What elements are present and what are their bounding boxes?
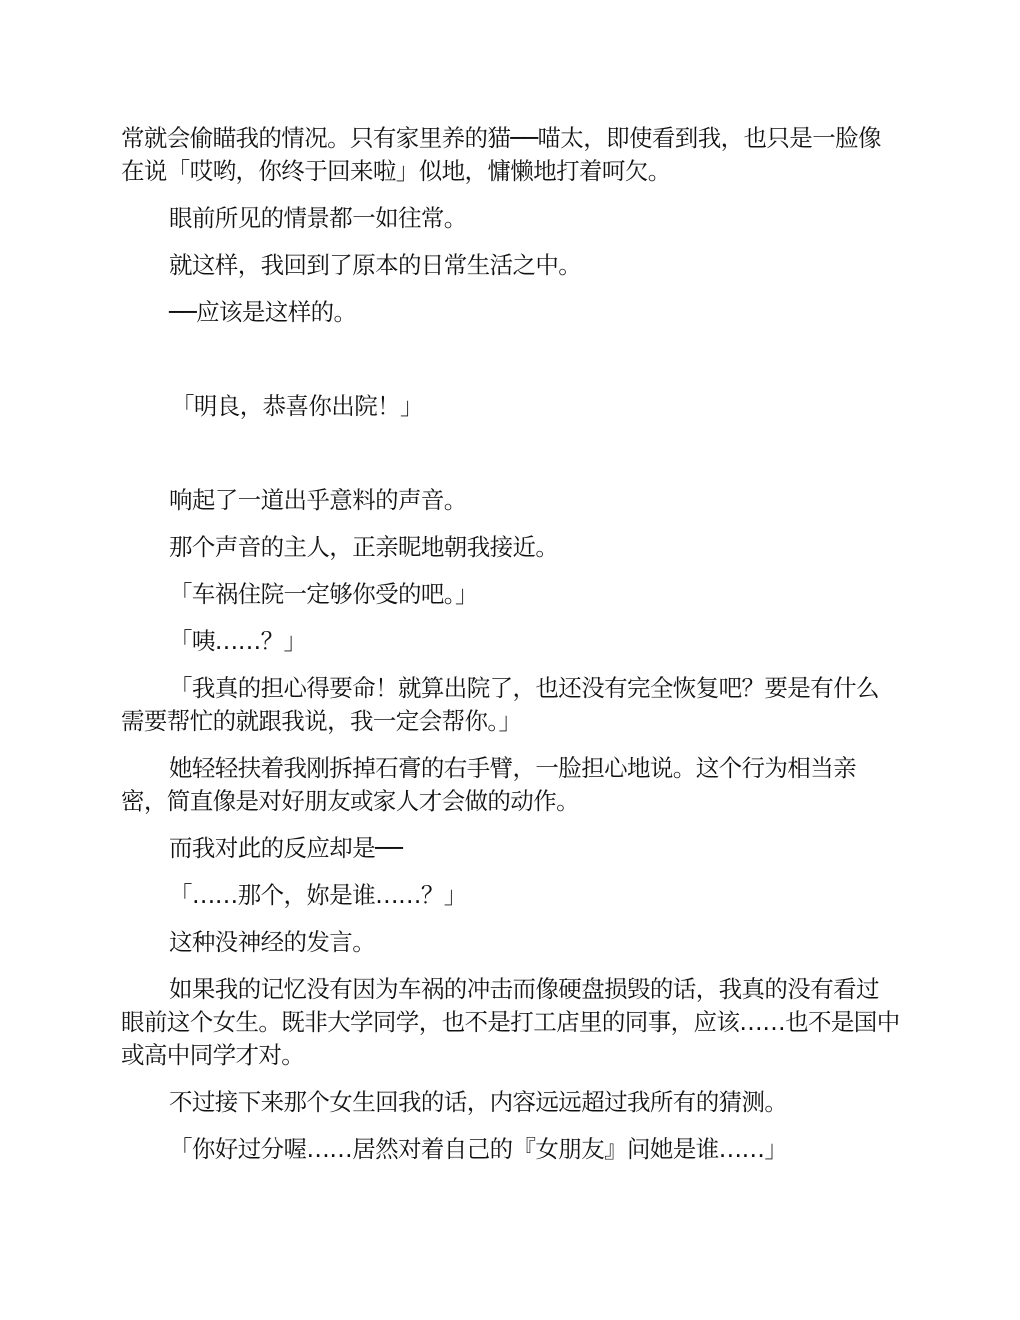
paragraph-unexpected-voice: 响起了一道出乎意料的声音。 [121,484,901,517]
paragraph-voice-owner: 那个声音的主人，正亲昵地朝我接近。 [121,531,901,564]
paragraph-her-reply: 不过接下来那个女生回我的话，内容远远超过我所有的猜测。 [121,1086,901,1119]
paragraph-tactless-remark: 这种没神经的发言。 [121,926,901,959]
paragraph-scene-normal: 眼前所见的情景都一如往常。 [121,202,901,235]
dialogue-who-are-you: 「……那个，妳是谁……？」 [121,879,901,912]
dialogue-accident: 「车祸住院一定够你受的吧。」 [121,578,901,611]
paragraph-should-be: ──应该是这样的。 [121,296,901,329]
dialogue-congrats: 「明良，恭喜你出院！」 [121,390,901,423]
document-page: 常就会偷瞄我的情况。只有家里养的猫──喵太，即使看到我，也只是一脸像在说「哎哟，… [121,122,901,1180]
dialogue-worried: 「我真的担心得要命！就算出院了，也还没有完全恢复吧？要是有什么需要帮忙的就跟我说… [121,672,901,738]
paragraph-my-reaction: 而我对此的反应却是── [121,832,901,865]
paragraph-arm-support: 她轻轻扶着我刚拆掉石膏的右手臂，一脸担心地说。这个行为相当亲密，简直像是对好朋友… [121,752,901,818]
dialogue-huh: 「咦……？」 [121,625,901,658]
dialogue-girlfriend: 「你好过分喔……居然对着自己的『女朋友』问她是谁……」 [121,1133,901,1166]
paragraph-cat-description: 常就会偷瞄我的情况。只有家里养的猫──喵太，即使看到我，也只是一脸像在说「哎哟，… [121,122,901,188]
paragraph-back-to-daily-life: 就这样，我回到了原本的日常生活之中。 [121,249,901,282]
paragraph-memory: 如果我的记忆没有因为车祸的冲击而像硬盘损毁的话，我真的没有看过眼前这个女生。既非… [121,973,901,1072]
